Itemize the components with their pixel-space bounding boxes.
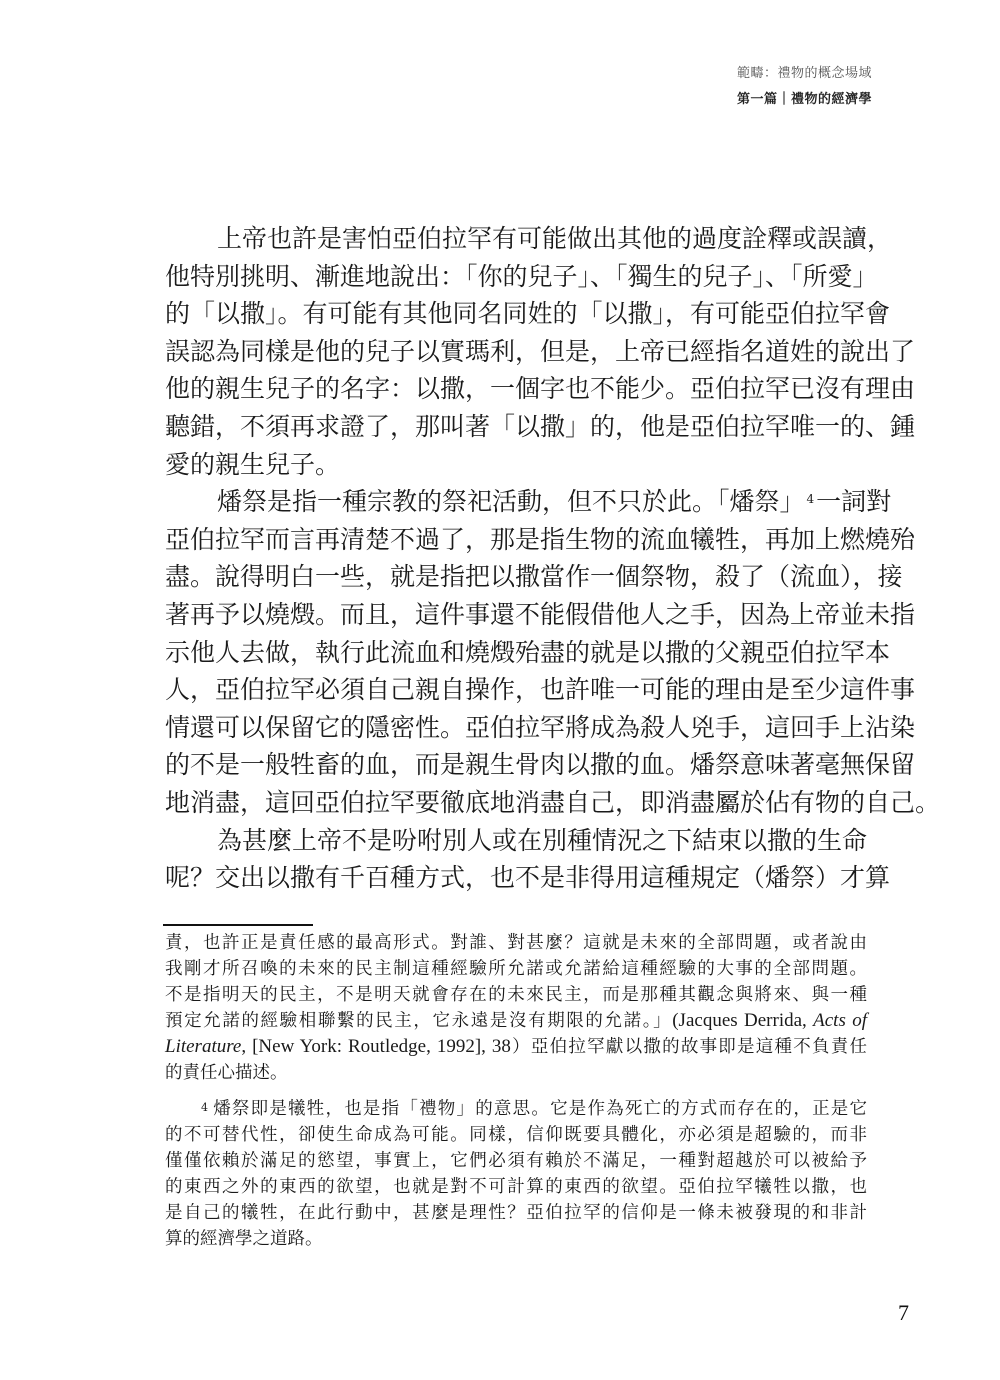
text-line: 呢？交出以撒有千百種方式，也不是非得用這種規定（燔祭）才算: [165, 859, 867, 897]
text-line: 誤認為同樣是他的兒子以實瑪利，但是，上帝已經指名道姓的說出了: [165, 333, 867, 371]
text-line: 的「以撒」。有可能有其他同名同姓的「以撒」，有可能亞伯拉罕會: [165, 295, 867, 333]
footnote-reference-link[interactable]: 4: [807, 492, 815, 506]
footnote-line: 我剛才所召喚的未來的民主制這種經驗所允諾或允諾給這種經驗的大事的全部問題。: [165, 956, 867, 982]
text-line: 上帝也許是害怕亞伯拉罕有可能做出其他的過度詮釋或誤讀，: [165, 220, 867, 258]
footnotes-section: 責，也許正是責任感的最高形式。對誰、對甚麼？這就是未來的全部問題，或者說由 我剛…: [165, 930, 867, 1252]
text-line: 他特別挑明、漸進地說出：「你的兒子」、「獨生的兒子」、「所愛」: [165, 258, 867, 296]
footnote-line: 的責任心描述。: [165, 1060, 867, 1086]
text-line: 的不是一般牲畜的血，而是親生骨肉以撒的血。燔祭意味著毫無保留: [165, 746, 867, 784]
text-line: 情還可以保留它的隱密性。亞伯拉罕將成為殺人兇手，這回手上沾染: [165, 709, 867, 747]
citation-title: Literature: [165, 1036, 241, 1057]
paragraph-3: 為甚麼上帝不是吩咐別人或在別種情況之下結束以撒的生命 呢？交出以撒有千百種方式，…: [165, 822, 867, 897]
text-line: 地消盡，這回亞伯拉罕要徹底地消盡自己，即消盡屬於佔有物的自己。: [165, 784, 867, 822]
part-title: 第一篇｜禮物的經濟學: [737, 89, 872, 111]
text-line: 亞伯拉罕而言再清楚不過了，那是指生物的流血犧牲，再加上燃燒殆: [165, 521, 867, 559]
footnote-line: 的不可替代性，卻使生命成為可能。同樣，信仰既要具體化，亦必須是超驗的，而非: [165, 1122, 867, 1148]
text-segment: 一詞對: [816, 487, 891, 516]
footnote-line-citation: Literature, [New York: Routledge, 1992],…: [165, 1034, 867, 1060]
paragraph-2: 燔祭是指一種宗教的祭祀活動，但不只於此。「燔祭」4一詞對 亞伯拉罕而言再清楚不過…: [165, 483, 867, 821]
text-line: 著再予以燒燬。而且，這件事還不能假借他人之手，因為上帝並未指: [165, 596, 867, 634]
footnote-line: 算的經濟學之道路。: [165, 1226, 867, 1252]
text-line: 聽錯，不須再求證了，那叫著「以撒」的，他是亞伯拉罕唯一的、鍾: [165, 408, 867, 446]
footnote-line: 僅僅依賴於滿足的慾望，事實上，它們必須有賴於不滿足，一種對超越於可以被給予: [165, 1148, 867, 1174]
text-line: 盡。說得明白一些，就是指把以撒當作一個祭物，殺了（流血），接: [165, 558, 867, 596]
citation-author: (Jacques Derrida,: [672, 1010, 813, 1031]
text-line: 愛的親生兒子。: [165, 446, 867, 484]
text-segment: 預定允諾的經驗相聯繫的民主，它永遠是沒有期限的允諾。」: [165, 1011, 672, 1031]
text-line: 為甚麼上帝不是吩咐別人或在別種情況之下結束以撒的生命: [165, 822, 867, 860]
citation-title: Acts of: [813, 1010, 867, 1031]
text-segment: 燔祭即是犧牲，也是指「禮物」的意思。它是作為死亡的方式而存在的，正是它: [212, 1099, 867, 1119]
chapter-title: 範疇：禮物的概念場域: [737, 64, 872, 84]
footnote-line: 的東西之外的東西的欲望，也就是對不可計算的東西的欲望。亞伯拉罕犧牲以撒，也: [165, 1174, 867, 1200]
citation-publisher: , [New York: Routledge, 1992], 38: [241, 1036, 511, 1057]
footnote-line: 不是指明天的民主，不是明天就會存在的未來民主，而是那種其觀念與將來、與一種: [165, 982, 867, 1008]
text-line: 他的親生兒子的名字：以撒，一個字也不能少。亞伯拉罕已沒有理由: [165, 370, 867, 408]
text-line: 人，亞伯拉罕必須自己親自操作，也許唯一可能的理由是至少這件事: [165, 671, 867, 709]
paragraph-1: 上帝也許是害怕亞伯拉罕有可能做出其他的過度詮釋或誤讀， 他特別挑明、漸進地說出：…: [165, 220, 867, 483]
footnote-separator: [163, 924, 313, 926]
text-line: 示他人去做，執行此流血和燒燬殆盡的就是以撒的父親亞伯拉罕本: [165, 634, 867, 672]
footnote-4: 4燔祭即是犧牲，也是指「禮物」的意思。它是作為死亡的方式而存在的，正是它 的不可…: [165, 1096, 867, 1252]
footnote-number: 4: [201, 1101, 208, 1114]
text-segment: ）亞伯拉罕獻以撒的故事即是這種不負責任: [511, 1037, 867, 1057]
footnote-line: 4燔祭即是犧牲，也是指「禮物」的意思。它是作為死亡的方式而存在的，正是它: [165, 1096, 867, 1122]
page-number: 7: [898, 1300, 909, 1326]
footnote-line: 是自己的犧牲，在此行動中，甚麼是理性？亞伯拉罕的信仰是一條未被發現的和非計: [165, 1200, 867, 1226]
footnote-line: 責，也許正是責任感的最高形式。對誰、對甚麼？這就是未來的全部問題，或者說由: [165, 930, 867, 956]
main-body-text: 上帝也許是害怕亞伯拉罕有可能做出其他的過度詮釋或誤讀， 他特別挑明、漸進地說出：…: [165, 220, 867, 897]
footnote-line-citation: 預定允諾的經驗相聯繫的民主，它永遠是沒有期限的允諾。」(Jacques Derr…: [165, 1008, 867, 1034]
running-header: 範疇：禮物的概念場域 第一篇｜禮物的經濟學: [737, 64, 872, 111]
text-segment: 燔祭是指一種宗教的祭祀活動，但不只於此。「燔祭」: [217, 487, 805, 516]
footnote-continued: 責，也許正是責任感的最高形式。對誰、對甚麼？這就是未來的全部問題，或者說由 我剛…: [165, 930, 867, 1086]
text-line-with-footnote-ref: 燔祭是指一種宗教的祭祀活動，但不只於此。「燔祭」4一詞對: [165, 483, 867, 521]
